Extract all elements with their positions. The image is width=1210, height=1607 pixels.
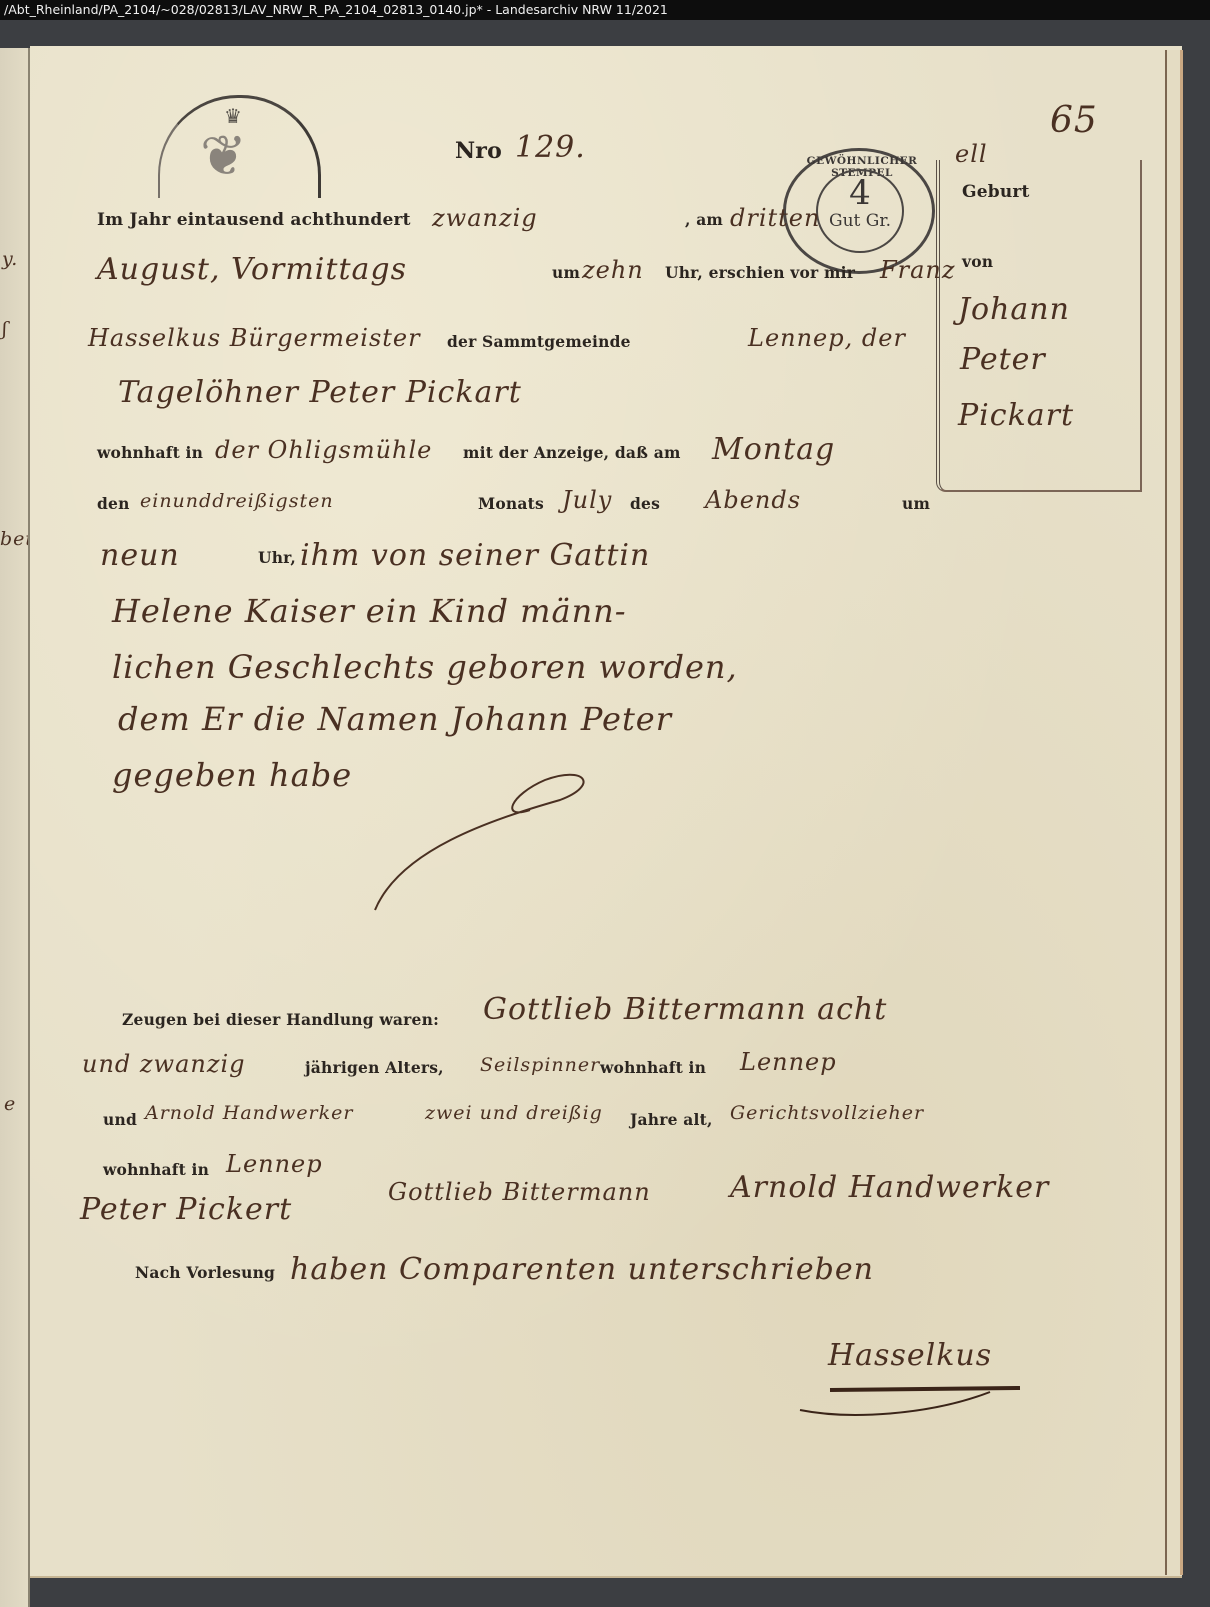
printed-text: Zeugen bei dieser Handlung waren:	[122, 1010, 439, 1029]
printed-text: wohnhaft in	[103, 1160, 209, 1179]
handwritten-text: July	[562, 486, 612, 514]
witness-1-occupation: Seilspinner	[480, 1054, 600, 1076]
entry-number: 129.	[515, 130, 586, 165]
printed-text: Nach Vorlesung	[135, 1263, 275, 1282]
page-edge-line	[1180, 50, 1183, 1575]
margin-von: von	[962, 252, 993, 271]
signature-witness-1: Gottlieb Bittermann	[388, 1178, 651, 1206]
handwritten-text: lichen Geschlechts geboren worden,	[112, 648, 738, 686]
printed-text: um	[552, 263, 580, 282]
printed-text: Uhr, erschien vor mir	[665, 263, 855, 282]
entry-number-label: Nro	[455, 138, 502, 164]
printed-text: des	[630, 494, 660, 513]
printed-text: Monats	[478, 494, 544, 513]
stamp-value: 4	[818, 175, 902, 211]
printed-text: mit der Anzeige, daß am	[463, 443, 681, 462]
margin-name-line: Pickart	[958, 398, 1074, 433]
stamp-unit: Gut Gr.	[818, 211, 902, 231]
scanned-page-viewer[interactable]: y. ʃ bet e ♛ ❦ Nro 129. 65 ell GEWÖHNLIC…	[0, 20, 1210, 1607]
handwritten-text: Abends	[705, 486, 801, 514]
handwritten-text: haben Comparenten unterschrieben	[290, 1252, 874, 1287]
left-page-fragment: y.	[2, 248, 18, 270]
printed-text: , am	[685, 210, 723, 229]
left-page-fragment: e	[4, 1093, 16, 1115]
margin-name-line: Johann	[958, 292, 1070, 327]
printed-text: Uhr,	[258, 548, 296, 567]
folio-number: 65	[1050, 100, 1098, 141]
printed-text: und	[103, 1110, 137, 1129]
witness-2-age: zwei und dreißig	[425, 1102, 603, 1124]
handwritten-text: zehn	[582, 256, 644, 284]
closing-flourish	[370, 760, 600, 920]
witness-1-place: Lennep	[740, 1048, 837, 1076]
signature-witness-2: Arnold Handwerker	[730, 1170, 1049, 1205]
witness-1-age: und zwanzig	[82, 1050, 246, 1078]
handwritten-text: Helene Kaiser ein Kind männ-	[112, 592, 627, 630]
left-facing-page-edge: y. ʃ bet e	[0, 48, 30, 1607]
printed-text: um	[902, 494, 930, 513]
window-title: /Abt_Rheinland/PA_2104/~028/02813/LAV_NR…	[4, 2, 668, 17]
handwritten-text: gegeben habe	[112, 756, 352, 794]
page-edge	[1167, 50, 1181, 1575]
eagle-icon: ❦	[200, 124, 247, 189]
handwritten-text: einunddreißigsten	[140, 490, 334, 512]
printed-text: Jahre alt,	[630, 1110, 713, 1129]
printed-text: den	[97, 494, 130, 513]
handwritten-text: Montag	[712, 432, 835, 467]
printed-text: wohnhaft in	[600, 1058, 706, 1077]
left-page-fragment: ʃ	[2, 318, 8, 340]
handwritten-text: Lennep, der	[748, 324, 906, 352]
handwritten-text: ihm von seiner Gattin	[300, 538, 650, 573]
printed-text: der Sammtgemeinde	[447, 332, 631, 351]
handwritten-text: zwanzig	[432, 204, 538, 232]
signature-underline	[790, 1380, 1030, 1420]
margin-name-line: Peter	[960, 342, 1046, 377]
handwritten-text: der Ohligsmühle	[215, 436, 432, 464]
witness-2-occupation: Gerichtsvollzieher	[730, 1102, 924, 1124]
signature-father: Peter Pickert	[80, 1192, 292, 1227]
margin-heading: Geburt	[962, 182, 1030, 202]
witness-1-name: Gottlieb Bittermann acht	[483, 992, 887, 1027]
signature-official: Hasselkus	[828, 1338, 992, 1373]
window-title-bar: /Abt_Rheinland/PA_2104/~028/02813/LAV_NR…	[0, 0, 1210, 20]
handwritten-text: August, Vormittags	[97, 252, 407, 287]
handwritten-text: neun	[100, 538, 180, 573]
witness-2-name: Arnold Handwerker	[145, 1102, 353, 1124]
handwritten-text: dem Er die Namen Johann Peter	[118, 700, 672, 738]
witness-2-place: Lennep	[226, 1150, 323, 1178]
page-edge-line	[1165, 50, 1167, 1575]
printed-text: wohnhaft in	[97, 443, 203, 462]
handwritten-text: dritten	[730, 204, 820, 232]
handwritten-text: Hasselkus Bürgermeister	[88, 324, 421, 352]
handwritten-text: Franz	[880, 256, 956, 284]
printed-text: Im Jahr eintausend achthundert	[97, 210, 411, 230]
handwritten-text: Tagelöhner Peter Pickart	[118, 375, 522, 410]
printed-text: jährigen Alters,	[305, 1058, 444, 1077]
